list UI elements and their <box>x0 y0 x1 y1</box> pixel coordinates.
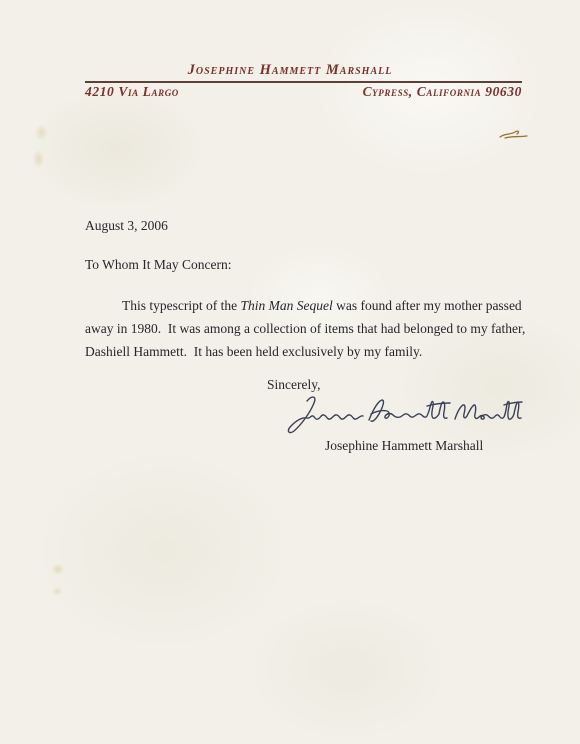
body-text: away in 1980. It was among a collection … <box>85 321 525 336</box>
body-line: Dashiell Hammett. It has been held exclu… <box>85 340 497 363</box>
body-text: This typescript of the <box>122 298 240 313</box>
closing: Sincerely, <box>267 377 320 393</box>
signature-handwriting <box>283 392 525 440</box>
body-text: Dashiell Hammett. It has been held exclu… <box>85 344 422 359</box>
body-italic-title: Thin Man Sequel <box>240 298 332 313</box>
letter-body: This typescript of the Thin Man Sequel w… <box>85 294 497 364</box>
letterhead-address-row: 4210 Via Largo Cypress, California 90630 <box>85 84 522 100</box>
paper-stain <box>26 120 54 170</box>
letterhead-rule <box>85 81 522 83</box>
typed-name: Josephine Hammett Marshall <box>325 438 483 454</box>
body-text: was found after my mother passed <box>333 298 522 313</box>
scanned-letter-page: Josephine Hammett Marshall 4210 Via Larg… <box>0 0 580 744</box>
body-line: This typescript of the Thin Man Sequel w… <box>85 294 497 317</box>
letterhead-city: Cypress, California 90630 <box>363 84 522 100</box>
body-line: away in 1980. It was among a collection … <box>85 317 497 340</box>
paper-stain <box>46 560 70 602</box>
letter-date: August 3, 2006 <box>85 218 168 234</box>
letterhead-street: 4210 Via Largo <box>85 84 179 100</box>
ink-squiggle-mark <box>497 127 531 143</box>
letterhead-name: Josephine Hammett Marshall <box>0 62 580 79</box>
salutation: To Whom It May Concern: <box>85 257 232 273</box>
